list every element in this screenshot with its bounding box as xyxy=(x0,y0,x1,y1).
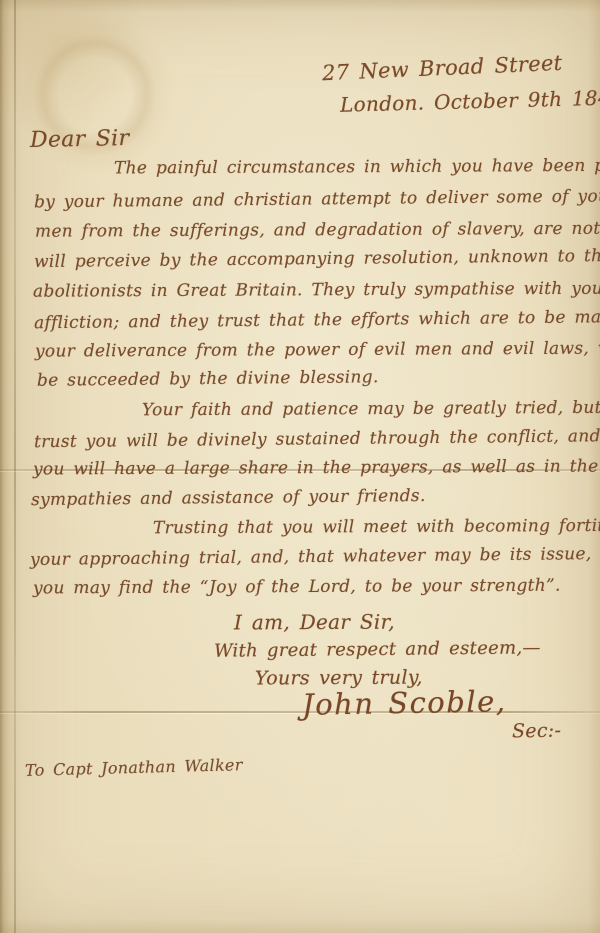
body-line: The painful circumstances in which you h… xyxy=(114,156,600,179)
body-line: your deliverance from the power of evil … xyxy=(35,338,600,361)
salutation: Dear Sir xyxy=(30,126,130,153)
body-line: sympathies and assistance of your friend… xyxy=(31,486,426,510)
body-line: Your faith and patience may be greatly t… xyxy=(142,398,600,420)
body-line: your approaching trial, and, that whatev… xyxy=(30,544,592,570)
body-line: abolitionists in Great Britain. They tru… xyxy=(33,278,600,301)
addressee: To Capt Jonathan Walker xyxy=(25,755,243,780)
body-line: you will have a large share in the praye… xyxy=(33,457,599,480)
body-line: you may find the “Joy of the Lord, to be… xyxy=(33,576,561,599)
body-line: will perceive by the accompanying resolu… xyxy=(34,246,600,272)
body-line: men from the sufferings, and degradation… xyxy=(35,218,600,241)
body-line: trust you will be divinely sustained thr… xyxy=(34,426,600,452)
signature-title: Sec:- xyxy=(512,720,562,743)
body-line: by your humane and christian attempt to … xyxy=(34,186,600,213)
body-line: be succeeded by the divine blessing. xyxy=(37,367,379,391)
letter-paper: 27 New Broad Street London. October 9th … xyxy=(0,0,600,933)
crease-highlight xyxy=(0,713,600,715)
horizontal-fold-crease xyxy=(0,711,600,714)
heading-dateline: London. October 9th 1844 xyxy=(340,85,600,116)
heading-address: 27 New Broad Street xyxy=(322,51,563,85)
body-line: Trusting that you will meet with becomin… xyxy=(153,516,600,539)
signature: John Scoble, xyxy=(302,684,507,722)
closing-line: With great respect and esteem,— xyxy=(214,637,541,661)
body-line: affliction; and they trust that the effo… xyxy=(34,307,600,334)
closing-line: I am, Dear Sir, xyxy=(234,610,395,635)
vertical-fold-crease xyxy=(14,0,16,933)
